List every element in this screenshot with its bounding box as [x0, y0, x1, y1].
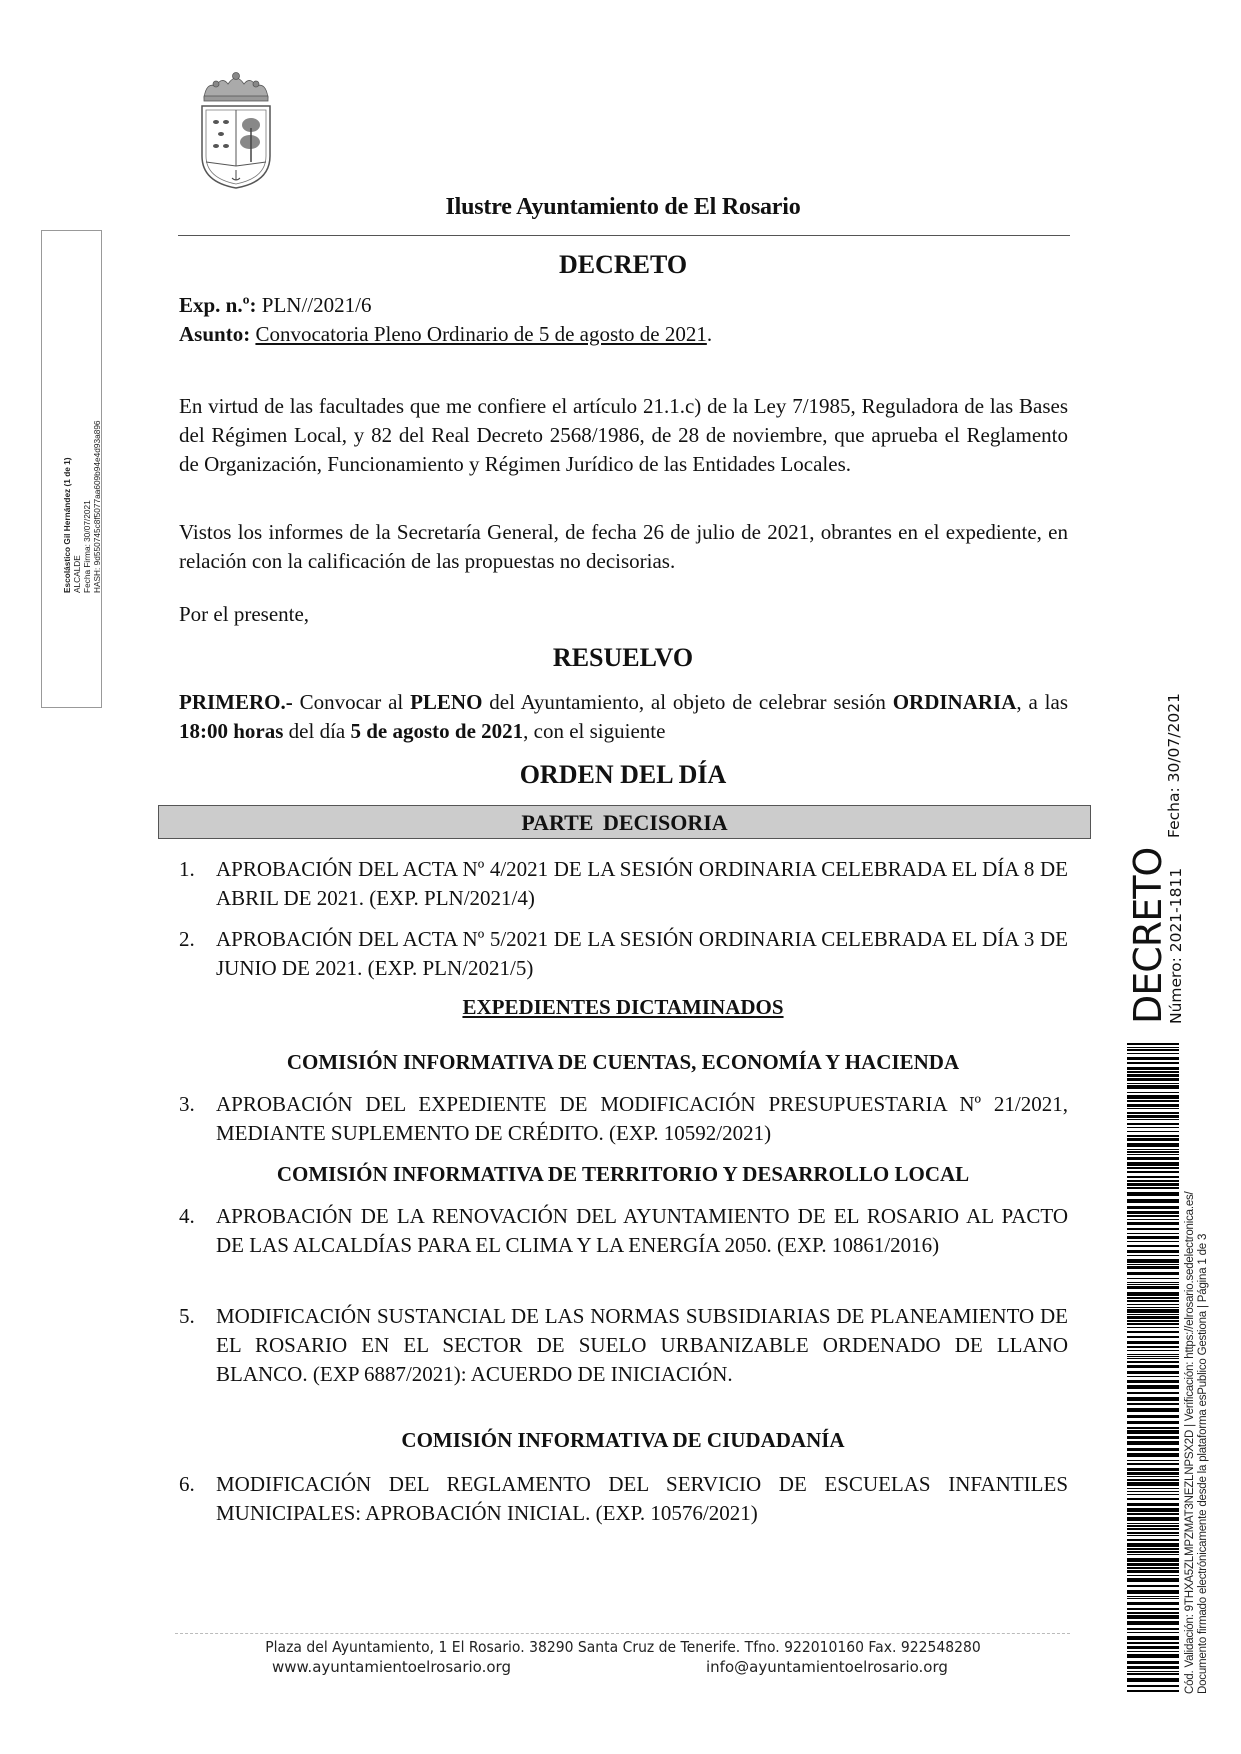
paragraph-informes: Vistos los informes de la Secretaría Gen… — [179, 518, 1068, 576]
comision-heading: COMISIÓN INFORMATIVA DE CUENTAS, ECONOMÍ… — [178, 1050, 1068, 1075]
barcode-icon — [1127, 1043, 1179, 1693]
text: Convocar al — [293, 690, 410, 714]
header-divider — [178, 235, 1070, 236]
ordinaria-bold: ORDINARIA — [893, 690, 1017, 714]
paragraph-por-el-presente: Por el presente, — [179, 600, 1068, 629]
exp-value: PLN//2021/6 — [262, 293, 372, 317]
platform-note: Documento firmado electrónicamente desde… — [1197, 1191, 1210, 1694]
footer-divider — [175, 1633, 1070, 1634]
signature-block: Escolástico Gil Hernández (1 de 1) ALCAL… — [62, 420, 102, 593]
text: del día — [283, 719, 350, 743]
signer-role: ALCALDE — [72, 420, 82, 593]
agenda-item: 6. MODIFICACIÓN DEL REGLAMENTO DEL SERVI… — [179, 1470, 1068, 1528]
item-number: 4. — [179, 1202, 215, 1231]
expedientes-dictaminados-heading: EXPEDIENTES DICTAMINADOS — [178, 995, 1068, 1020]
signer-name: Escolástico Gil Hernández (1 de 1) — [62, 420, 72, 593]
text: del Ayuntamiento, al objeto de celebrar … — [482, 690, 892, 714]
item-number: 1. — [179, 855, 215, 884]
validation-code: Cód. Validación: 9THXA5ZLMPZMAT3NEZLNPSX… — [1184, 1191, 1197, 1694]
item-text: APROBACIÓN DEL ACTA Nº 4/2021 DE LA SESI… — [216, 855, 1068, 913]
footer: Plaza del Ayuntamiento, 1 El Rosario. 38… — [178, 1637, 1068, 1677]
parte-decisoria-bar: PARTE DECISORIA — [158, 805, 1091, 839]
text: , con el siguiente — [523, 719, 665, 743]
paragraph-facultades: En virtud de las facultades que me confi… — [179, 392, 1068, 479]
agenda-item: 4. APROBACIÓN DE LA RENOVACIÓN DEL AYUNT… — [179, 1202, 1068, 1260]
item-number: 6. — [179, 1470, 215, 1499]
asunto-value: Convocatoria Pleno Ordinario de 5 de ago… — [255, 322, 706, 346]
coat-of-arms-icon — [196, 70, 276, 190]
document-title: DECRETO — [178, 250, 1068, 280]
asunto-suffix: . — [707, 322, 712, 346]
agenda-item: 3. APROBACIÓN DEL EXPEDIENTE DE MODIFICA… — [179, 1090, 1068, 1148]
item-number: 5. — [179, 1302, 215, 1331]
resuelvo-heading: RESUELVO — [178, 643, 1068, 673]
pleno-bold: PLENO — [410, 690, 482, 714]
item-text: APROBACIÓN DEL EXPEDIENTE DE MODIFICACIÓ… — [216, 1090, 1068, 1148]
footer-address: Plaza del Ayuntamiento, 1 El Rosario. 38… — [209, 1637, 1037, 1657]
footer-email-link[interactable]: info@ayuntamientoelrosario.org — [706, 1657, 948, 1677]
document-metadata: Exp. n.º: PLN//2021/6 Asunto: Convocator… — [179, 291, 1068, 349]
comision-heading: COMISIÓN INFORMATIVA DE CIUDADANÍA — [178, 1428, 1068, 1453]
signature-hash: HASH: 9d550745c8f5077aa609b94e4d93a896 — [92, 420, 102, 593]
validation-block: Cód. Validación: 9THXA5ZLMPZMAT3NEZLNPSX… — [1184, 1191, 1210, 1694]
decree-stamp: DECRETO Número: 2021-1811 — [1128, 848, 1185, 1024]
item-number: 3. — [179, 1090, 215, 1119]
primero-paragraph: PRIMERO.- Convocar al PLENO del Ayuntami… — [179, 688, 1068, 746]
item-number: 2. — [179, 925, 215, 954]
signature-date: Fecha Firma: 30/07/2021 — [82, 420, 92, 593]
fecha-bold: 5 de agosto de 2021 — [350, 719, 523, 743]
item-text: APROBACIÓN DEL ACTA Nº 5/2021 DE LA SESI… — [216, 925, 1068, 983]
orden-del-dia-heading: ORDEN DEL DÍA — [178, 760, 1068, 790]
stamp-date: Fecha: 30/07/2021 — [1165, 693, 1183, 838]
agenda-item: 1. APROBACIÓN DEL ACTA Nº 4/2021 DE LA S… — [179, 855, 1068, 913]
exp-label: Exp. n.º: — [179, 293, 257, 317]
stamp-label: DECRETO — [1128, 848, 1168, 1024]
stamp-number: Número: 2021-1811 — [1168, 848, 1185, 1024]
item-text: MODIFICACIÓN DEL REGLAMENTO DEL SERVICIO… — [216, 1470, 1068, 1528]
text: , a las — [1016, 690, 1068, 714]
item-text: MODIFICACIÓN SUSTANCIAL DE LAS NORMAS SU… — [216, 1302, 1068, 1389]
organization-name: Ilustre Ayuntamiento de El Rosario — [178, 194, 1068, 221]
hora-bold: 18:00 horas — [179, 719, 283, 743]
footer-website-link[interactable]: www.ayuntamientoelrosario.org — [272, 1657, 511, 1677]
agenda-item: 2. APROBACIÓN DEL ACTA Nº 5/2021 DE LA S… — [179, 925, 1068, 983]
primero-label: PRIMERO.- — [179, 690, 293, 714]
comision-heading: COMISIÓN INFORMATIVA DE TERRITORIO Y DES… — [178, 1162, 1068, 1187]
asunto-label: Asunto: — [179, 322, 250, 346]
agenda-item: 5. MODIFICACIÓN SUSTANCIAL DE LAS NORMAS… — [179, 1302, 1068, 1389]
item-text: APROBACIÓN DE LA RENOVACIÓN DEL AYUNTAMI… — [216, 1202, 1068, 1260]
